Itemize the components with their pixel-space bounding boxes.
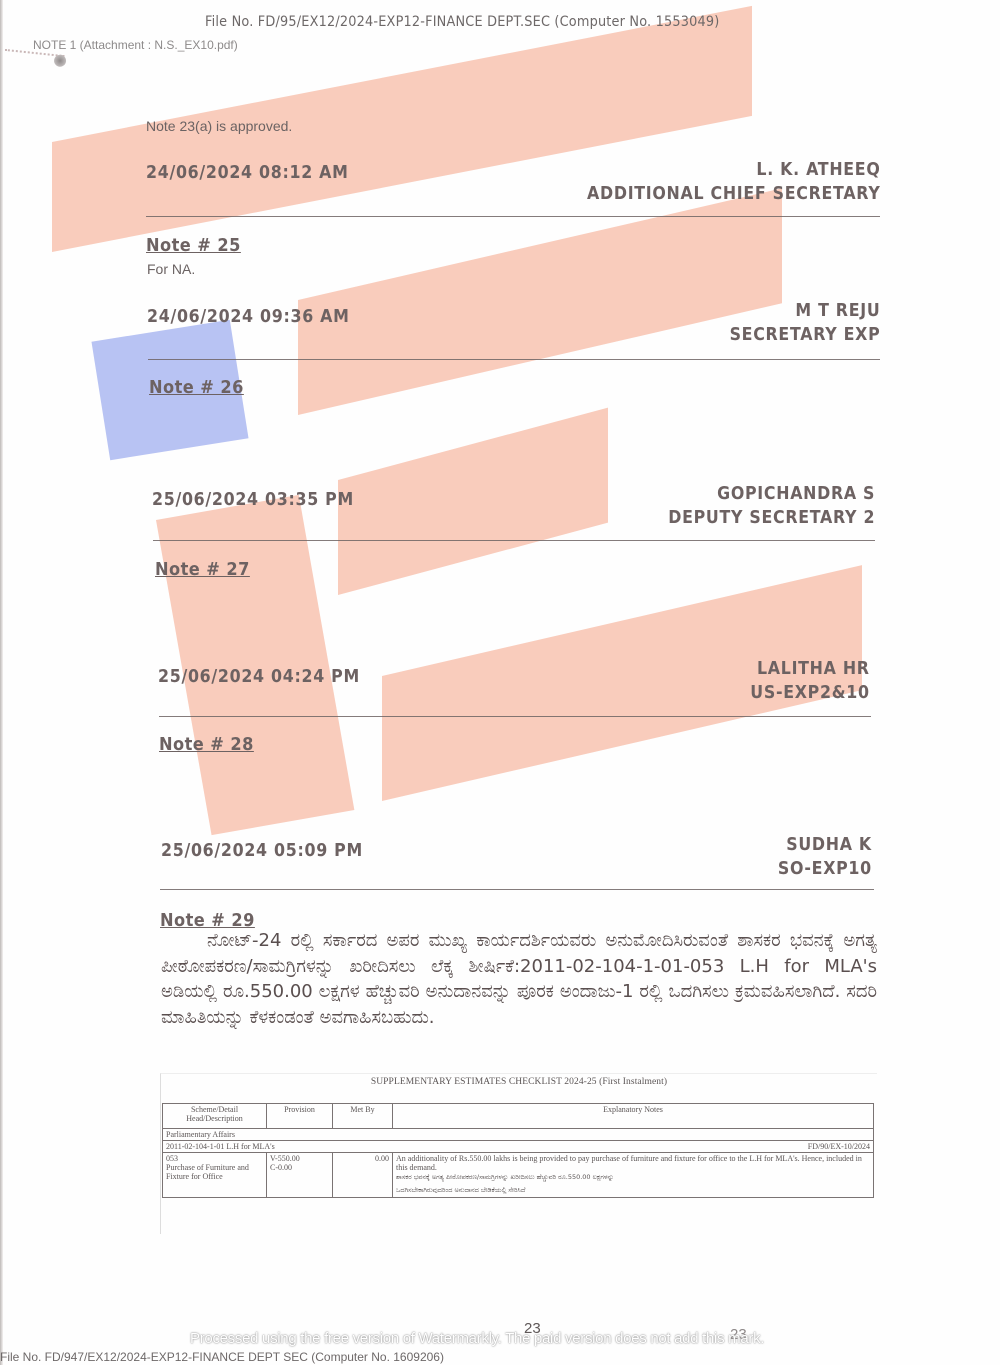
- watermark-text: Processed using the free version of Wate…: [190, 1330, 764, 1347]
- attachment-link[interactable]: NOTE 1 (Attachment : N.S._EX10.pdf): [33, 38, 238, 52]
- head-of-account-row: 2011-02-104-1-01 L.H for MLA's FD/90/EX-…: [163, 1141, 874, 1153]
- divider: [153, 540, 875, 541]
- provision-cell: V-550.00 C-0.00: [267, 1153, 333, 1198]
- signatory-name: GOPICHANDRA S: [668, 482, 875, 506]
- notes-english: An additionality of Rs.550.00 lakhs is b…: [396, 1154, 870, 1172]
- scheme-cell: 053 Purchase of Furniture and Fixture fo…: [163, 1153, 267, 1198]
- col-header-provision: Provision: [267, 1104, 333, 1129]
- signatory-designation: SO-EXP10: [778, 857, 872, 881]
- note-text-25: For NA.: [147, 261, 195, 277]
- department-name: Parliamentary Affairs: [163, 1129, 874, 1141]
- divider: [146, 216, 880, 217]
- entry-timestamp: 25/06/2024 03:35 PM: [152, 489, 354, 510]
- col-header-explanatory-notes: Explanatory Notes: [393, 1104, 874, 1129]
- met-by-cell: 0.00: [333, 1153, 393, 1198]
- signatory-name: M T REJU: [729, 299, 880, 323]
- supplementary-estimates-checklist: SUPPLEMENTARY ESTIMATES CHECKLIST 2024-2…: [160, 1073, 878, 1237]
- note-heading-26: Note # 26: [149, 377, 244, 398]
- explanatory-notes-cell: An additionality of Rs.550.00 lakhs is b…: [393, 1153, 874, 1198]
- signatory-name: SUDHA K: [778, 833, 872, 857]
- head-of-account: 2011-02-104-1-01 L.H for MLA's: [163, 1141, 393, 1153]
- footer-file-number: File No. FD/947/EX12/2024-EXP12-FINANCE …: [0, 1350, 444, 1364]
- signatory-block: L. K. ATHEEQ ADDITIONAL CHIEF SECRETARY: [587, 158, 880, 206]
- signatory-block: M T REJU SECRETARY EXP: [729, 299, 880, 347]
- divider: [160, 889, 874, 890]
- file-number-header: File No. FD/95/EX12/2024-EXP12-FINANCE D…: [205, 14, 719, 30]
- signatory-designation: US-EXP2&10: [751, 681, 870, 705]
- signatory-block: LALITHA HR US-EXP2&10: [751, 657, 870, 705]
- document-page: File No. FD/95/EX12/2024-EXP12-FINANCE D…: [0, 0, 1000, 1365]
- note-heading-27: Note # 27: [155, 559, 250, 580]
- note-29-body: ನೋಟ್-24 ರಲ್ಲಿ ಸರ್ಕಾರದ ಅಪರ ಮುಖ್ಯ ಕಾರ್ಯದರ್…: [161, 928, 877, 1030]
- staple-icon: [3, 49, 64, 71]
- entry-timestamp: 24/06/2024 08:12 AM: [146, 162, 349, 183]
- signatory-designation: DEPUTY SECRETARY 2: [668, 506, 875, 530]
- divider: [159, 716, 871, 717]
- entry-timestamp: 25/06/2024 05:09 PM: [161, 840, 363, 861]
- checklist-title: SUPPLEMENTARY ESTIMATES CHECKLIST 2024-2…: [160, 1077, 878, 1087]
- department-row: Parliamentary Affairs: [163, 1129, 874, 1141]
- entry-timestamp: 25/06/2024 04:24 PM: [158, 666, 360, 687]
- note-heading-25: Note # 25: [146, 235, 241, 256]
- signatory-block: SUDHA K SO-EXP10: [778, 833, 872, 881]
- checklist-header-row: Scheme/Detail Head/Description Provision…: [163, 1104, 874, 1129]
- signatory-designation: SECRETARY EXP: [729, 323, 880, 347]
- signatory-designation: ADDITIONAL CHIEF SECRETARY: [587, 182, 880, 206]
- col-header-scheme: Scheme/Detail Head/Description: [163, 1104, 267, 1129]
- signatory-block: GOPICHANDRA S DEPUTY SECRETARY 2: [668, 482, 875, 530]
- note-sheet-content: File No. FD/95/EX12/2024-EXP12-FINANCE D…: [0, 0, 1000, 1365]
- table-row: 053 Purchase of Furniture and Fixture fo…: [163, 1153, 874, 1198]
- divider: [148, 359, 880, 360]
- notes-kannada-line-2: ಒದಗಿಸಬೇಕಾಗಿರುವುದರಿಂದ ಅನುದಾನದ ಬೇಡಿಕೆಯಲ್ಲಿ…: [396, 1186, 870, 1195]
- checklist-table: Scheme/Detail Head/Description Provision…: [162, 1103, 874, 1198]
- col-header-met-by: Met By: [333, 1104, 393, 1129]
- entry-timestamp: 24/06/2024 09:36 AM: [147, 306, 350, 327]
- signatory-name: L. K. ATHEEQ: [587, 158, 880, 182]
- notes-kannada-line-1: ಶಾಸಕರ ಭವನಕ್ಕೆ ಅಗತ್ಯ ಪೀಠೋಪಕರಣ/ಸಾಮಗ್ರಿಗಳನ್…: [396, 1173, 870, 1182]
- reference-number: FD/90/EX-10/2024: [393, 1141, 874, 1153]
- intro-note-text: Note 23(a) is approved.: [146, 118, 292, 134]
- note-heading-28: Note # 28: [159, 734, 254, 755]
- signatory-name: LALITHA HR: [751, 657, 870, 681]
